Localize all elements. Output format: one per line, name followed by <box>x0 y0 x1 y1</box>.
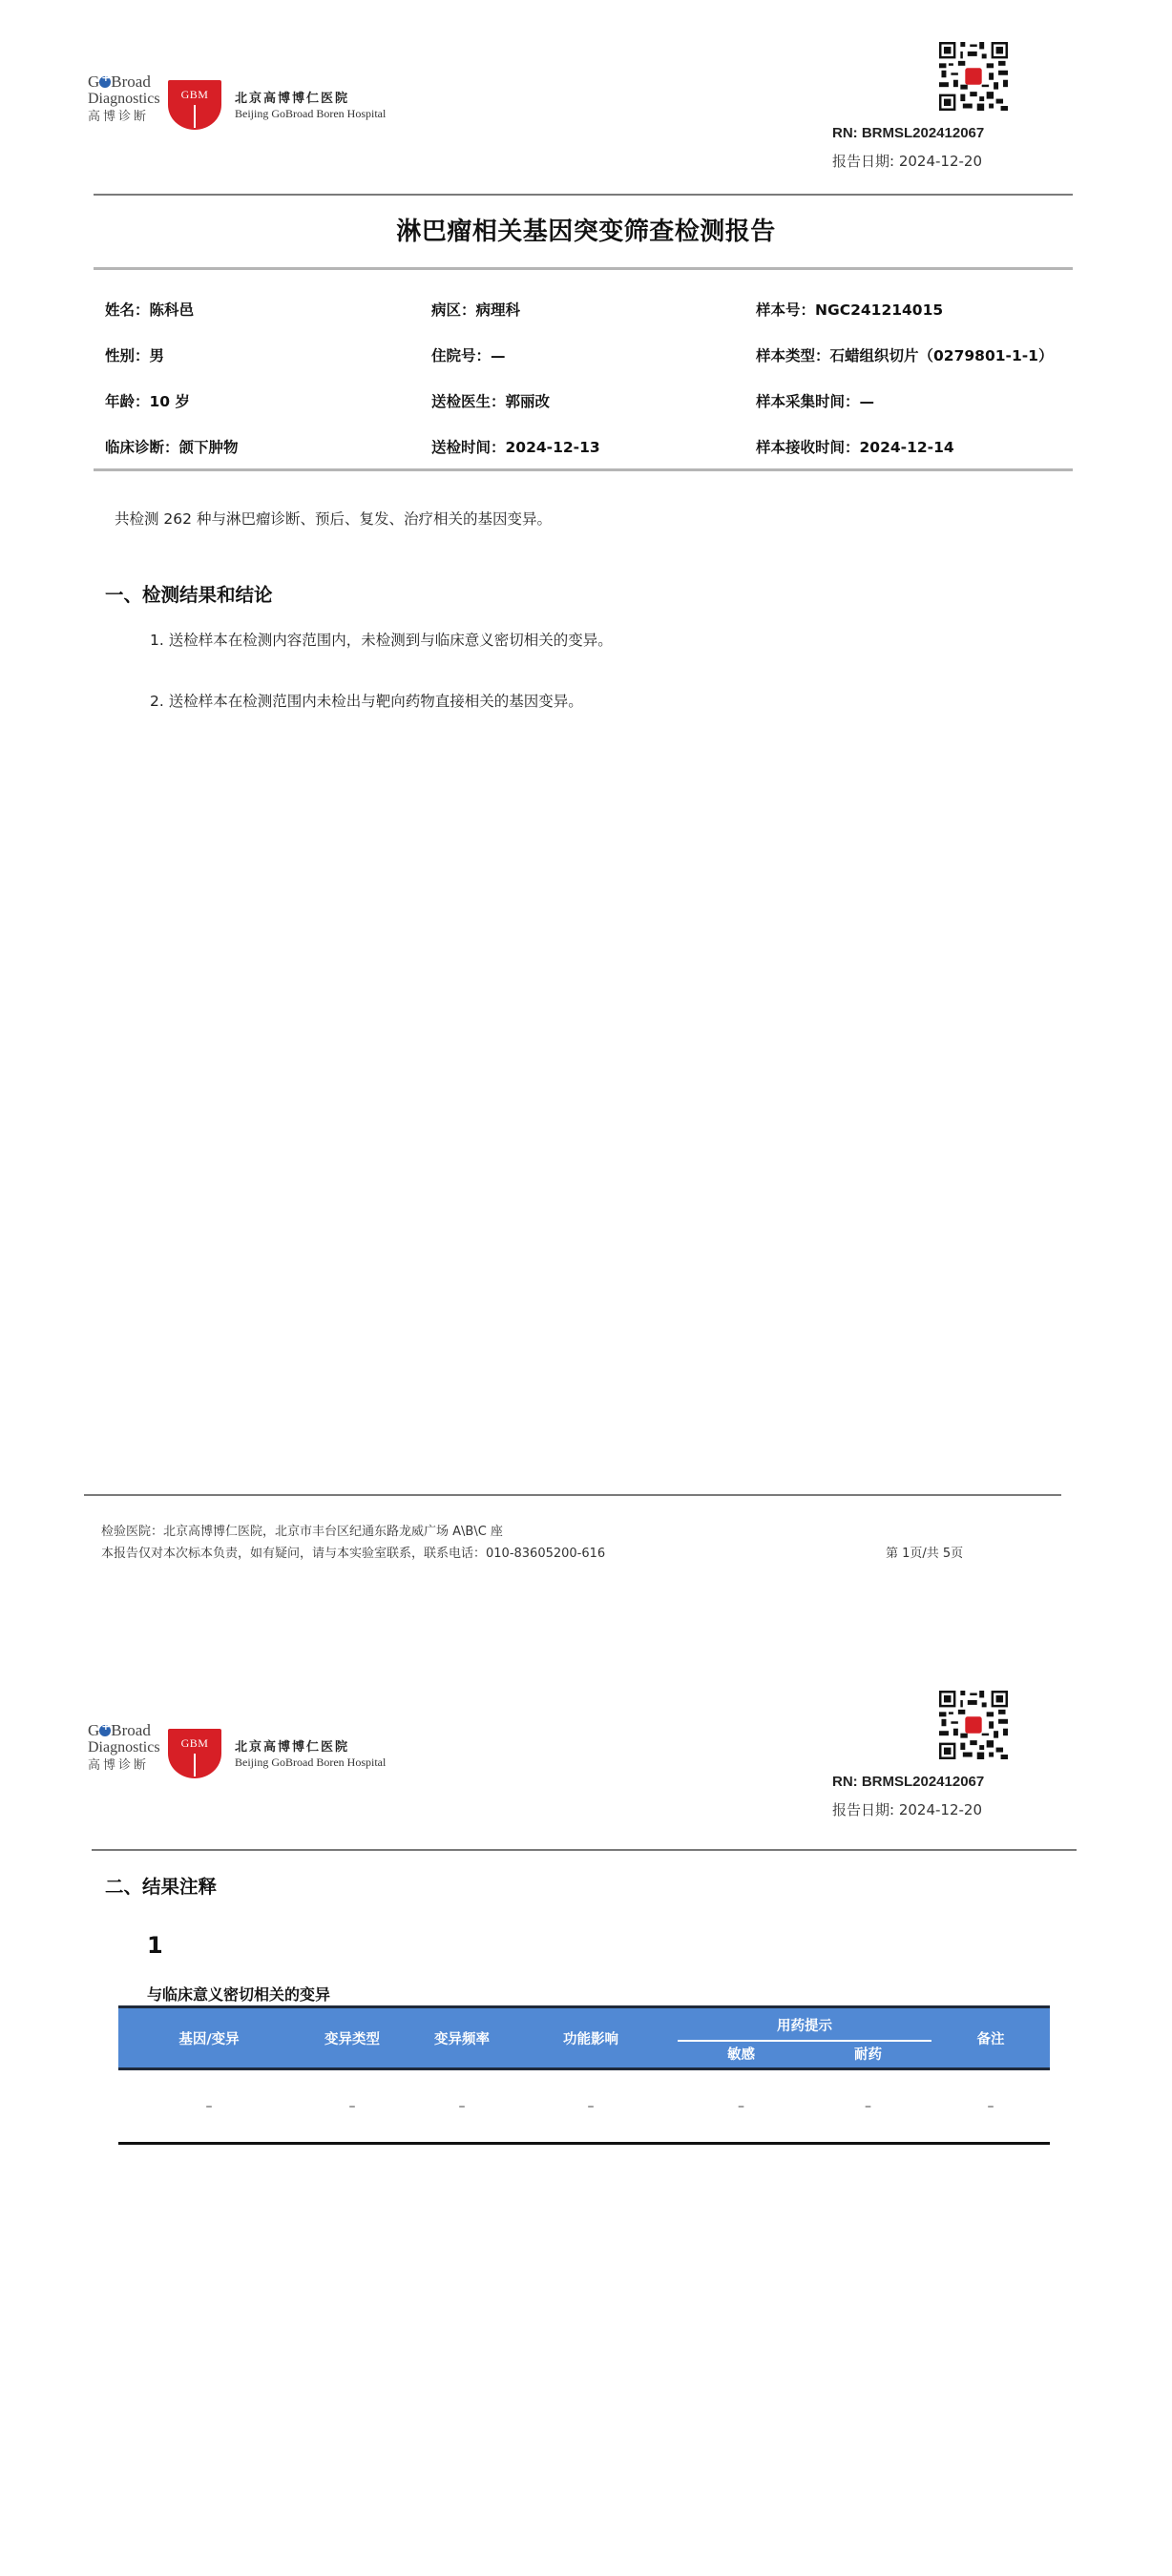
patient-age: 年龄：10 岁 <box>105 390 190 411</box>
table-cell: – <box>519 2070 662 2142</box>
table-cell: – <box>678 2070 805 2142</box>
plus-circle-icon <box>99 76 111 88</box>
plus-circle-icon <box>99 1725 111 1736</box>
qr-code-icon <box>939 42 1008 111</box>
section-heading-results: 一、检测结果和结论 <box>105 580 273 607</box>
column-header: 敏感 <box>678 2039 805 2067</box>
divider <box>94 194 1073 196</box>
report-page-2: GBroad Diagnostics 高博诊断 GBM 北京高博博仁医院 Bei… <box>0 1660 1172 2576</box>
hospital-name: 北京高博博仁医院 Beijing GoBroad Boren Hospital <box>235 1736 386 1770</box>
inpatient-number: 住院号：— <box>431 344 506 365</box>
footer-lab-address: 检验医院：北京高博博仁医院，北京市丰台区纪通东路龙威广场 A\B\C 座 <box>101 1521 503 1539</box>
table-cell: – <box>405 2070 519 2142</box>
column-header: 耐药 <box>805 2039 931 2067</box>
sample-collection-time: 样本采集时间：— <box>756 390 874 411</box>
table-row: – – – – – – – <box>118 2070 1050 2145</box>
sample-received-time: 样本接收时间：2024-12-14 <box>756 436 954 457</box>
submission-time: 送检时间：2024-12-13 <box>431 436 600 457</box>
table-header: 基因/变异 变异类型 变异频率 功能影响 用药提示 敏感 耐药 备注 <box>118 2005 1050 2070</box>
patient-sex: 性别：男 <box>105 344 164 365</box>
sample-type: 样本类型：石蜡组织切片（0279801-1-1） <box>756 344 1053 365</box>
subsection-number: 1 <box>147 1932 163 1959</box>
column-header: 功能影响 <box>519 2008 662 2067</box>
section-heading-annotation: 二、结果注释 <box>105 1872 217 1899</box>
table-cell: – <box>805 2070 931 2142</box>
subsection-heading: 与临床意义密切相关的变异 <box>147 1983 330 2005</box>
divider <box>92 1849 1077 1851</box>
hospital-name: 北京高博博仁医院 Beijing GoBroad Boren Hospital <box>235 88 386 121</box>
page-number: 第 1页/共 5页 <box>886 1543 963 1561</box>
table-cell: – <box>931 2070 1050 2142</box>
report-date: 报告日期: 2024-12-20 <box>832 151 982 171</box>
report-title: 淋巴瘤相关基因突变筛查检测报告 <box>0 212 1172 247</box>
report-number: RN: BRMSL202412067 <box>832 125 984 141</box>
divider <box>94 267 1073 270</box>
footer-divider <box>84 1494 1061 1496</box>
table-cell: – <box>118 2070 300 2142</box>
report-number: RN: BRMSL202412067 <box>832 1774 984 1790</box>
variant-table: 基因/变异 变异类型 变异频率 功能影响 用药提示 敏感 耐药 备注 – – –… <box>118 2005 1050 2145</box>
table-cell: – <box>300 2070 405 2142</box>
clinical-diagnosis: 临床诊断：颌下肿物 <box>105 436 239 457</box>
footer-disclaimer: 本报告仅对本次标本负责，如有疑问，请与本实验室联系，联系电话：010-83605… <box>101 1543 605 1561</box>
column-header: 变异类型 <box>300 2008 405 2067</box>
report-page-1: GBroad Diagnostics 高博诊断 GBM 北京高博博仁医院 Bei… <box>0 0 1172 1622</box>
gbm-shield-logo: GBM <box>168 80 221 130</box>
column-header: 备注 <box>931 2008 1050 2067</box>
column-header: 基因/变异 <box>118 2008 300 2067</box>
sample-id: 样本号：NGC241214015 <box>756 299 943 320</box>
gobroad-diagnostics-logo: GBroad Diagnostics 高博诊断 <box>88 73 162 123</box>
column-header: 变异频率 <box>405 2008 519 2067</box>
referring-doctor: 送检医生：郭丽改 <box>431 390 550 411</box>
column-header-group: 用药提示 <box>678 2008 931 2041</box>
divider <box>94 468 1073 471</box>
test-scope-text: 共检测 262 种与淋巴瘤诊断、预后、复发、治疗相关的基因变异。 <box>115 508 552 529</box>
gobroad-diagnostics-logo: GBroad Diagnostics 高博诊断 <box>88 1721 162 1772</box>
conclusion-item: 1. 送检样本在检测内容范围内，未检测到与临床意义密切相关的变异。 <box>150 629 613 650</box>
conclusion-item: 2. 送检样本在检测范围内未检出与靶向药物直接相关的基因变异。 <box>150 690 583 711</box>
gbm-shield-logo: GBM <box>168 1729 221 1778</box>
patient-name: 姓名：陈科邑 <box>105 299 194 320</box>
ward: 病区：病理科 <box>431 299 520 320</box>
report-date: 报告日期: 2024-12-20 <box>832 1799 982 1819</box>
qr-code-icon <box>939 1691 1008 1759</box>
